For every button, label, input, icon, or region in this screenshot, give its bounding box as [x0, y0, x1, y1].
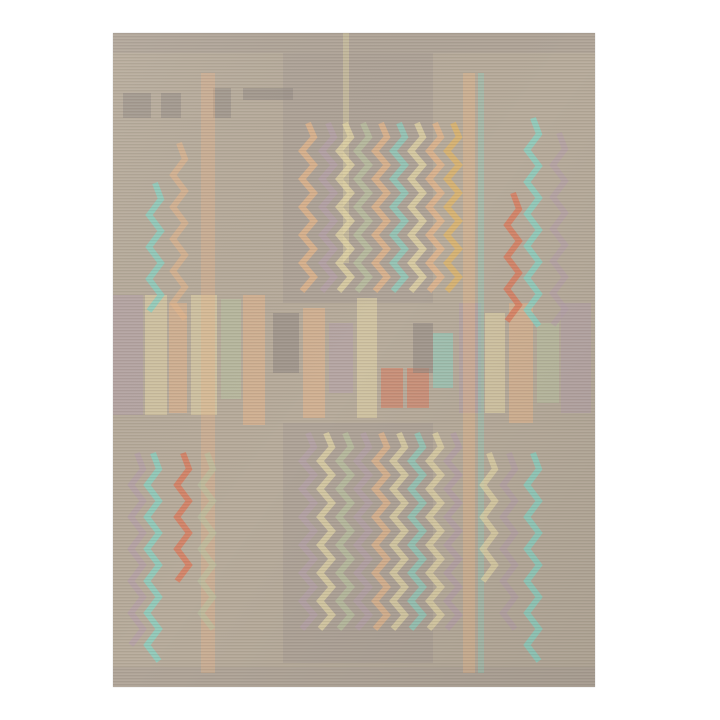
image-caption: Flat-weave kilim rug photographed from a…: [0, 0, 1, 1]
kilim-rug: [113, 33, 595, 687]
photo-background: Flat-weave kilim rug photographed from a…: [0, 0, 720, 720]
rug-pattern: [113, 33, 595, 687]
